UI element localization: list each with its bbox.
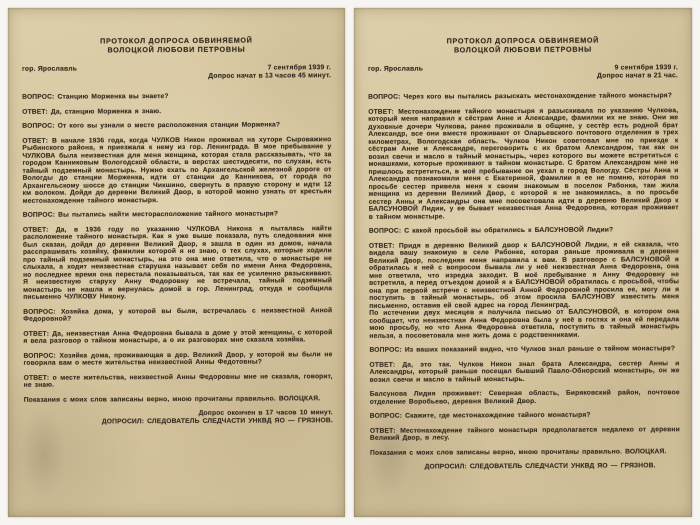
answer-paragraph: ОТВЕТ: Да, неизвестная Анна Федоровна бы… bbox=[23, 329, 332, 346]
page2-title-line2: ВОЛОЦКОЙ ЛЮБОВИ ПЕТРОВНЫ bbox=[368, 44, 678, 55]
answer-paragraph: ОТВЕТ: Придя в деревню Великий двор к БА… bbox=[369, 241, 679, 310]
page2-start-time: Допрос начат в 21 час. bbox=[597, 72, 678, 81]
answer-paragraph: ОТВЕТ: Местонахождение тайного монастыря… bbox=[368, 107, 679, 221]
answer-paragraph: ОТВЕТ: В начале 1936 года, когда ЧУЛКОВ … bbox=[22, 136, 331, 205]
document-page-1: ПРОТОКОЛ ДОПРОСА ОБВИНЯЕМОЙ ВОЛОЦКОЙ ЛЮБ… bbox=[8, 8, 345, 517]
document-page-2: ПРОТОКОЛ ДОПРОСА ОБВИНЯЕМОЙ ВОЛОЦКОЙ ЛЮБ… bbox=[354, 8, 692, 517]
answer-paragraph: ОТВЕТ: Да, в 1936 году по указанию ЧУЛКО… bbox=[23, 225, 332, 302]
page2-city: гор. Ярославль bbox=[368, 66, 423, 73]
question-paragraph: ВОПРОС: Хозяйка дома, у которой вы были,… bbox=[23, 307, 332, 324]
page1-start-time: Допрос начат в 13 часов 45 минут. bbox=[208, 72, 331, 81]
page2-meta-row: гор. Ярославль 9 сентября 1939 г. Допрос… bbox=[368, 64, 678, 82]
answer-paragraph: ОТВЕТ: Местонахождение тайного монастыря… bbox=[370, 426, 680, 443]
page1-city: гор. Ярославль bbox=[22, 66, 77, 73]
question-paragraph: ВОПРОС: Скажите, где местонахождение тай… bbox=[370, 412, 680, 421]
question-paragraph: ВОПРОС: Станцию Морженка вы знаете? bbox=[22, 93, 331, 102]
question-paragraph: ВОПРОС: Через кого вы пытались разыскать… bbox=[368, 93, 678, 102]
text-paragraph: Балсунова Лидия проживает: Северная обла… bbox=[370, 390, 680, 407]
page2-date-block: 9 сентября 1939 г. Допрос начат в 21 час… bbox=[597, 64, 678, 81]
page2-body: ВОПРОС: Через кого вы пытались разыскать… bbox=[368, 93, 680, 472]
answer-paragraph: ОТВЕТ: Да, это так. Чулков Никон знал бр… bbox=[370, 360, 680, 384]
text-paragraph: ДОПРОСИЛ: СЛЕДОВАТЕЛЬ СЛЕДЧАСТИ УНКВД ЯО… bbox=[24, 417, 333, 426]
scanned-document: ПРОТОКОЛ ДОПРОСА ОБВИНЯЕМОЙ ВОЛОЦКОЙ ЛЮБ… bbox=[0, 0, 700, 525]
text-paragraph: Показания с моих слов записаны верно, мн… bbox=[24, 395, 333, 404]
question-paragraph: ВОПРОС: Хозяйка дома, проживающая в дер.… bbox=[23, 351, 332, 368]
page1-title-line2: ВОЛОЦКОЙ ЛЮБОВИ ПЕТРОВНЫ bbox=[22, 44, 331, 55]
question-paragraph: ВОПРОС: Вы пытались найти месторасположе… bbox=[23, 211, 332, 220]
text-paragraph: По истечении двух месяцев я получила пис… bbox=[369, 309, 679, 341]
page1-body: ВОПРОС: Станцию Морженка вы знаете?ОТВЕТ… bbox=[22, 93, 333, 427]
answer-paragraph: ОТВЕТ: Да, станцию Морженка я знаю. bbox=[22, 107, 331, 116]
question-paragraph: ВОПРОС: Из ваших показаний видно, что Чу… bbox=[369, 346, 679, 355]
page1-date-block: 7 сентября 1939 г. Допрос начат в 13 час… bbox=[208, 64, 331, 81]
question-paragraph: ВОПРОС: От кого вы узнали о месте распол… bbox=[22, 122, 331, 131]
text-paragraph: ДОПРОСИЛ: СЛЕДОВАТЕЛЬ СЛЕДЧАСТИ УНКВД ЯО… bbox=[370, 463, 680, 472]
text-paragraph: Показания с моих слов записаны верно, мн… bbox=[370, 448, 680, 457]
question-paragraph: ВОПРОС: С какой просьбой вы обратились к… bbox=[369, 227, 679, 236]
page1-meta-row: гор. Ярославль 7 сентября 1939 г. Допрос… bbox=[22, 64, 331, 82]
answer-paragraph: ОТВЕТ: о месте жительства, неизвестной А… bbox=[24, 373, 333, 390]
